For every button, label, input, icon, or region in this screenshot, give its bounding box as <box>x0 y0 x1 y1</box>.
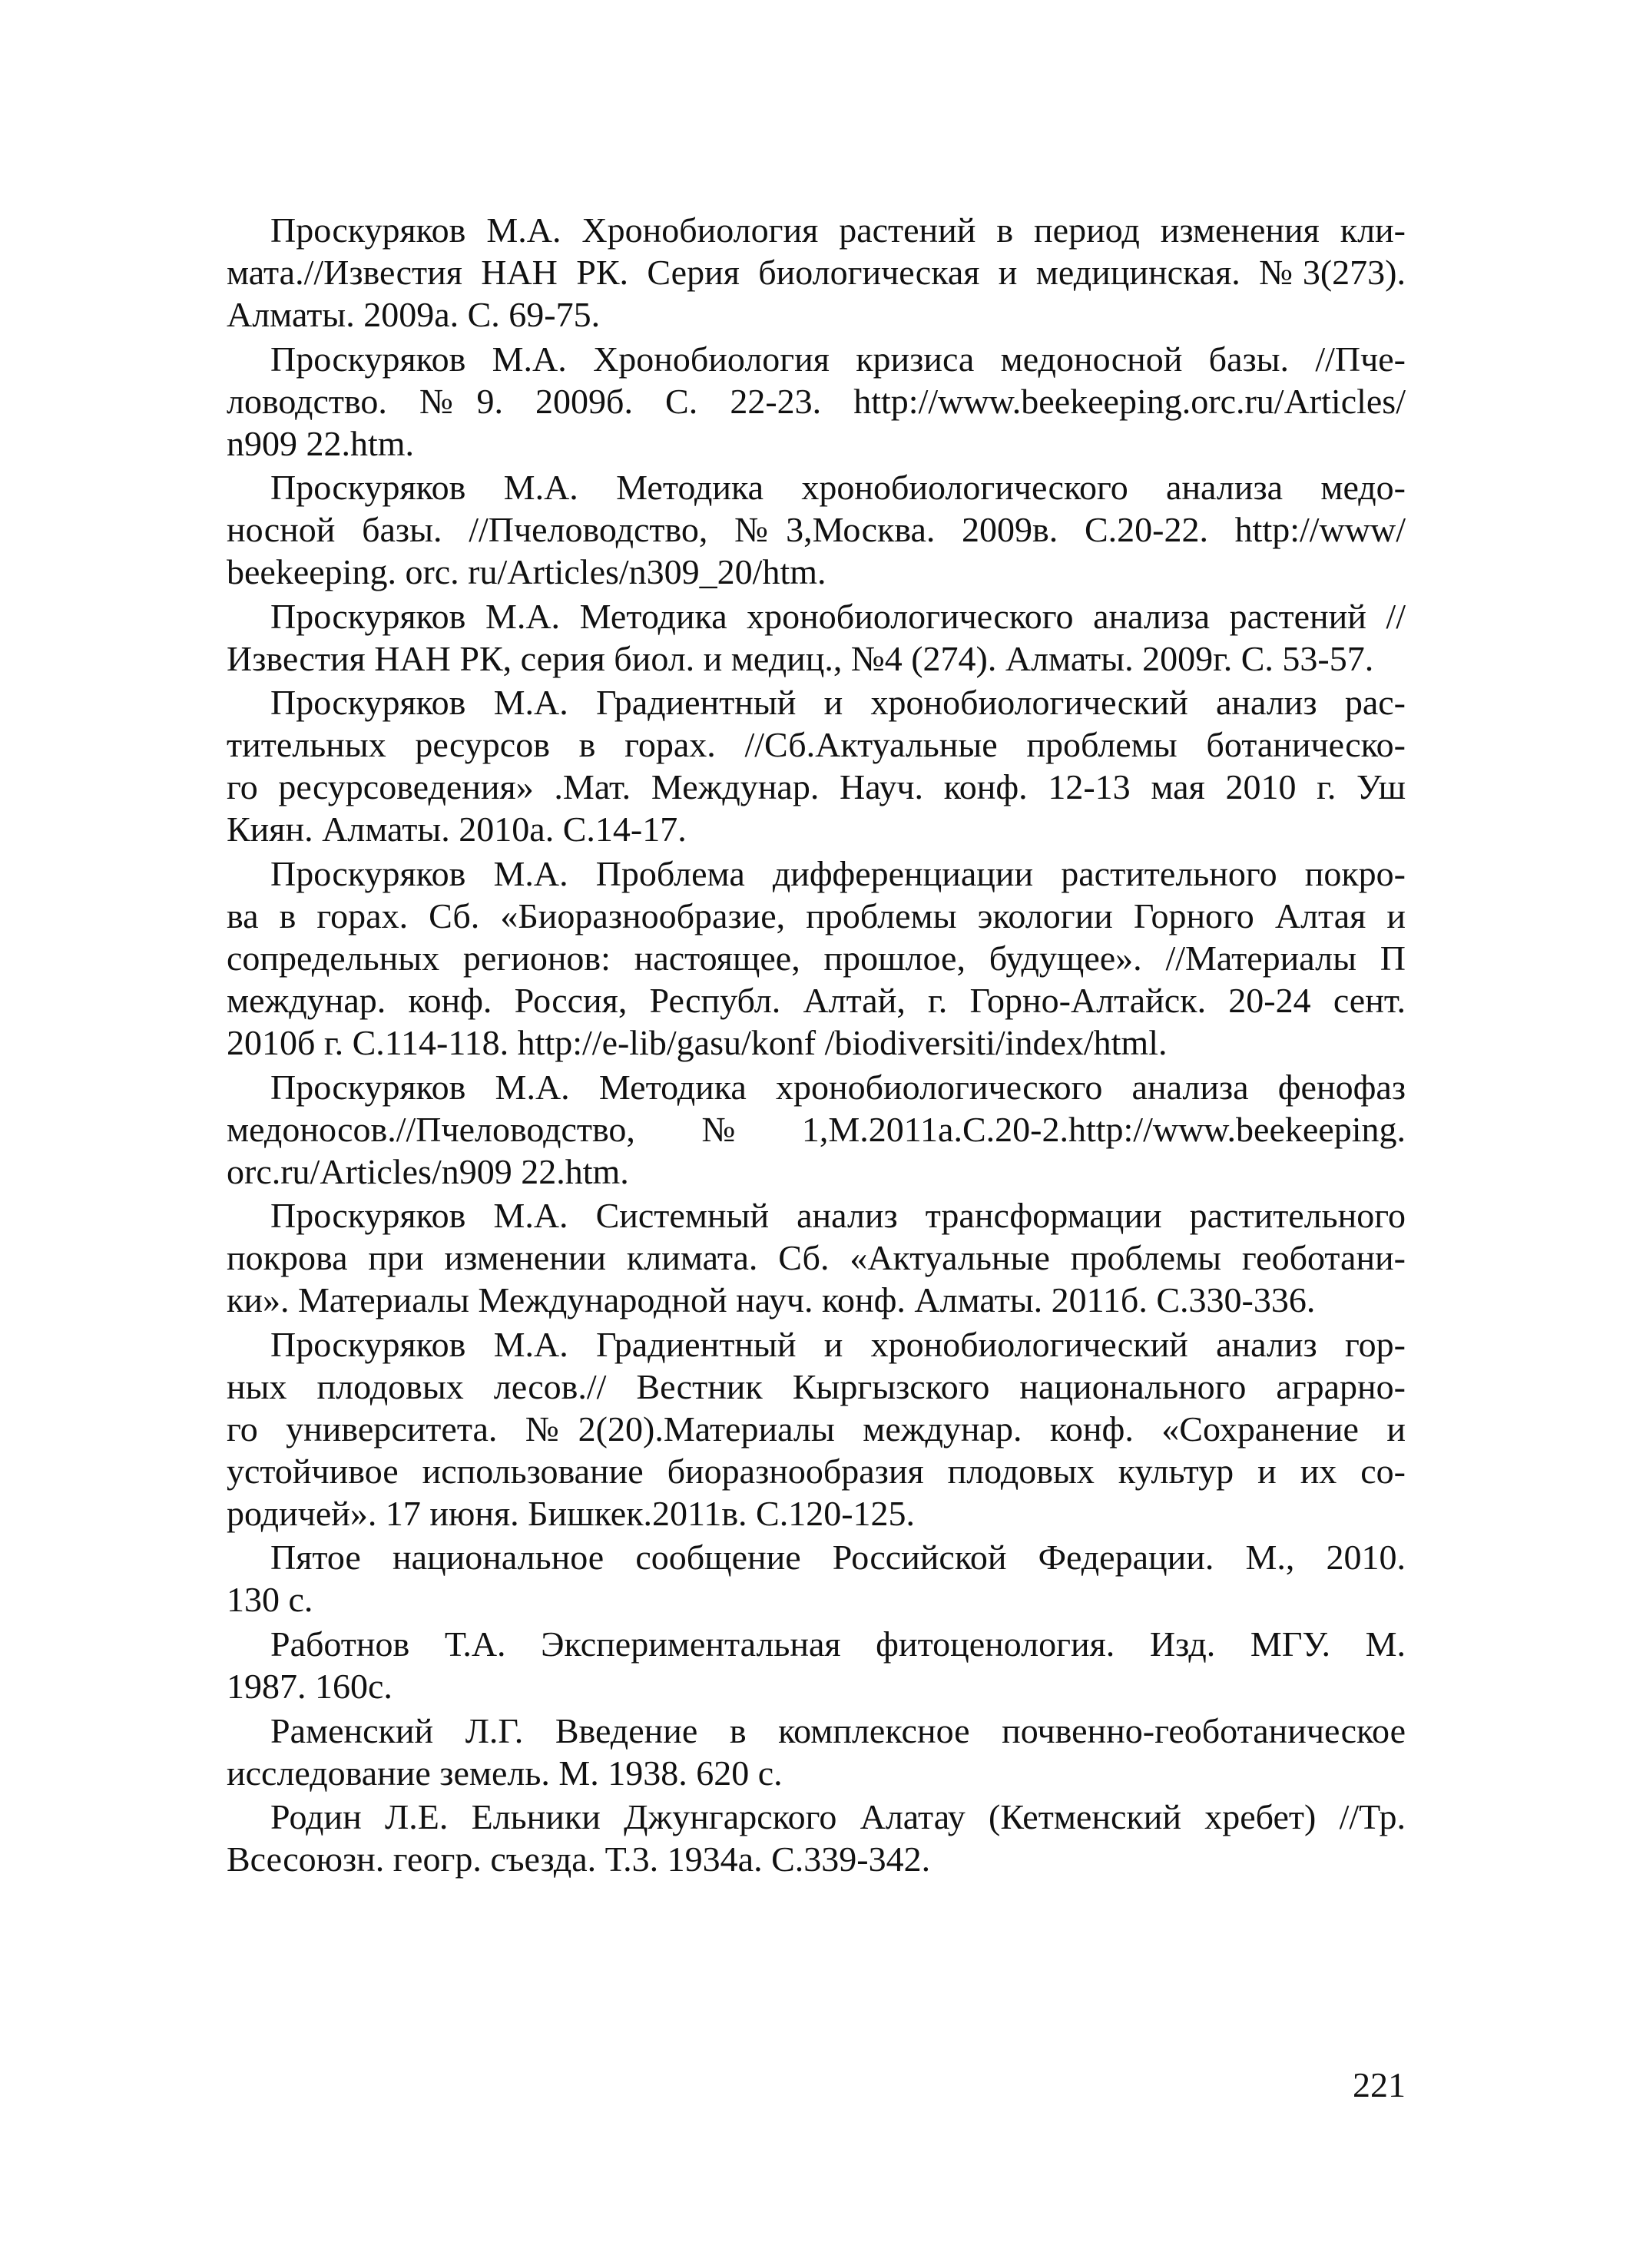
reference-line: междунар. конф. Россия, Республ. Алтай, … <box>227 979 1406 1021</box>
reference-line: ки». Материалы Международной науч. конф.… <box>227 1279 1406 1321</box>
reference-line: n909 22.htm. <box>227 422 1406 465</box>
reference-line: Проскуряков М.А. Системный анализ трансф… <box>227 1194 1406 1237</box>
reference-line: Раменский Л.Г. Введение в комплексное по… <box>227 1710 1406 1752</box>
reference-entry: Проскуряков М.А. Методика хронобиологиче… <box>227 1066 1406 1193</box>
reference-entry: Пятое национальное сообщение Российской … <box>227 1536 1406 1621</box>
reference-line: ва в горах. Сб. «Биоразнообразие, пробле… <box>227 895 1406 937</box>
reference-line: Проскуряков М.А. Хронобиология кризиса м… <box>227 338 1406 380</box>
reference-line: Всесоюзн. геогр. съезда. Т.3. 1934а. С.3… <box>227 1838 1406 1880</box>
reference-entry: Проскуряков М.А. Проблема дифференциации… <box>227 853 1406 1064</box>
reference-line: Проскуряков М.А. Проблема дифференциации… <box>227 853 1406 895</box>
reference-entry: Родин Л.Е. Ельники Джунгарского Алатау (… <box>227 1796 1406 1880</box>
reference-line: Проскуряков М.А. Хронобиология растений … <box>227 209 1406 251</box>
reference-line: Киян. Алматы. 2010а. С.14-17. <box>227 808 1406 850</box>
reference-entry: Проскуряков М.А. Методика хронобиологиче… <box>227 466 1406 593</box>
reference-line: Алматы. 2009а. С. 69-75. <box>227 293 1406 336</box>
reference-line: Работнов Т.А. Экспериментальная фитоцено… <box>227 1623 1406 1665</box>
reference-entry: Проскуряков М.А. Хронобиология растений … <box>227 209 1406 336</box>
reference-line: Известия НАН РК, серия биол. и медиц., №… <box>227 637 1406 680</box>
reference-line: Проскуряков М.А. Методика хронобиологиче… <box>227 595 1406 637</box>
reference-line: покрова при изменении климата. Сб. «Акту… <box>227 1237 1406 1279</box>
reference-line: Проскуряков М.А. Градиентный и хронобиол… <box>227 1323 1406 1366</box>
reference-line: Проскуряков М.А. Методика хронобиологиче… <box>227 1066 1406 1108</box>
reference-line: го ресурсоведения» .Мат. Междунар. Науч.… <box>227 766 1406 808</box>
reference-entry: Проскуряков М.А. Градиентный и хронобиол… <box>227 681 1406 850</box>
reference-line: 2010б г. С.114-118. http://e-lib/gasu/ko… <box>227 1021 1406 1064</box>
reference-line: носной базы. //Пчеловодство, №3,Москва. … <box>227 508 1406 551</box>
reference-line: тительных ресурсов в горах. //Сб.Актуаль… <box>227 723 1406 766</box>
reference-entry: Работнов Т.А. Экспериментальная фитоцено… <box>227 1623 1406 1707</box>
reference-line: Родин Л.Е. Ельники Джунгарского Алатау (… <box>227 1796 1406 1838</box>
reference-line: медоносов.//Пчеловодство,№1,М.2011а.С.20… <box>227 1108 1406 1151</box>
reference-line: Проскуряков М.А. Методика хронобиологиче… <box>227 466 1406 508</box>
reference-entry: Проскуряков М.А. Хронобиология кризиса м… <box>227 338 1406 465</box>
reference-line: ловодство. №9. 2009б. С. 22-23. http://w… <box>227 380 1406 422</box>
reference-line: 130 с. <box>227 1578 1406 1621</box>
reference-entry: Проскуряков М.А. Градиентный и хронобиол… <box>227 1323 1406 1535</box>
reference-line: го университета. №2(20).Материалы междун… <box>227 1408 1406 1450</box>
reference-line: beekeeping. orc. ru/Articles/n309_20/htm… <box>227 551 1406 593</box>
page-number: 221 <box>1344 2064 1406 2106</box>
reference-line: 1987. 160с. <box>227 1665 1406 1707</box>
reference-line: устойчивое использование биоразнообразия… <box>227 1450 1406 1492</box>
reference-line: ных плодовых лесов.// Вестник Кыргызског… <box>227 1366 1406 1408</box>
reference-entry: Раменский Л.Г. Введение в комплексное по… <box>227 1710 1406 1794</box>
reference-line: родичей». 17 июня. Бишкек.2011в. С.120-1… <box>227 1492 1406 1535</box>
reference-line: Проскуряков М.А. Градиентный и хронобиол… <box>227 681 1406 723</box>
reference-line: orc.ru/Articles/n909 22.htm. <box>227 1151 1406 1193</box>
reference-line: мата.//Известия НАН РК. Серия биологичес… <box>227 251 1406 293</box>
reference-line: сопредельных регионов: настоящее, прошло… <box>227 937 1406 979</box>
reference-entry: Проскуряков М.А. Методика хронобиологиче… <box>227 595 1406 680</box>
reference-list: Проскуряков М.А. Хронобиология растений … <box>227 209 1406 1882</box>
reference-line: Пятое национальное сообщение Российской … <box>227 1536 1406 1578</box>
reference-line: исследование земель. М. 1938. 620 с. <box>227 1752 1406 1794</box>
reference-entry: Проскуряков М.А. Системный анализ трансф… <box>227 1194 1406 1321</box>
